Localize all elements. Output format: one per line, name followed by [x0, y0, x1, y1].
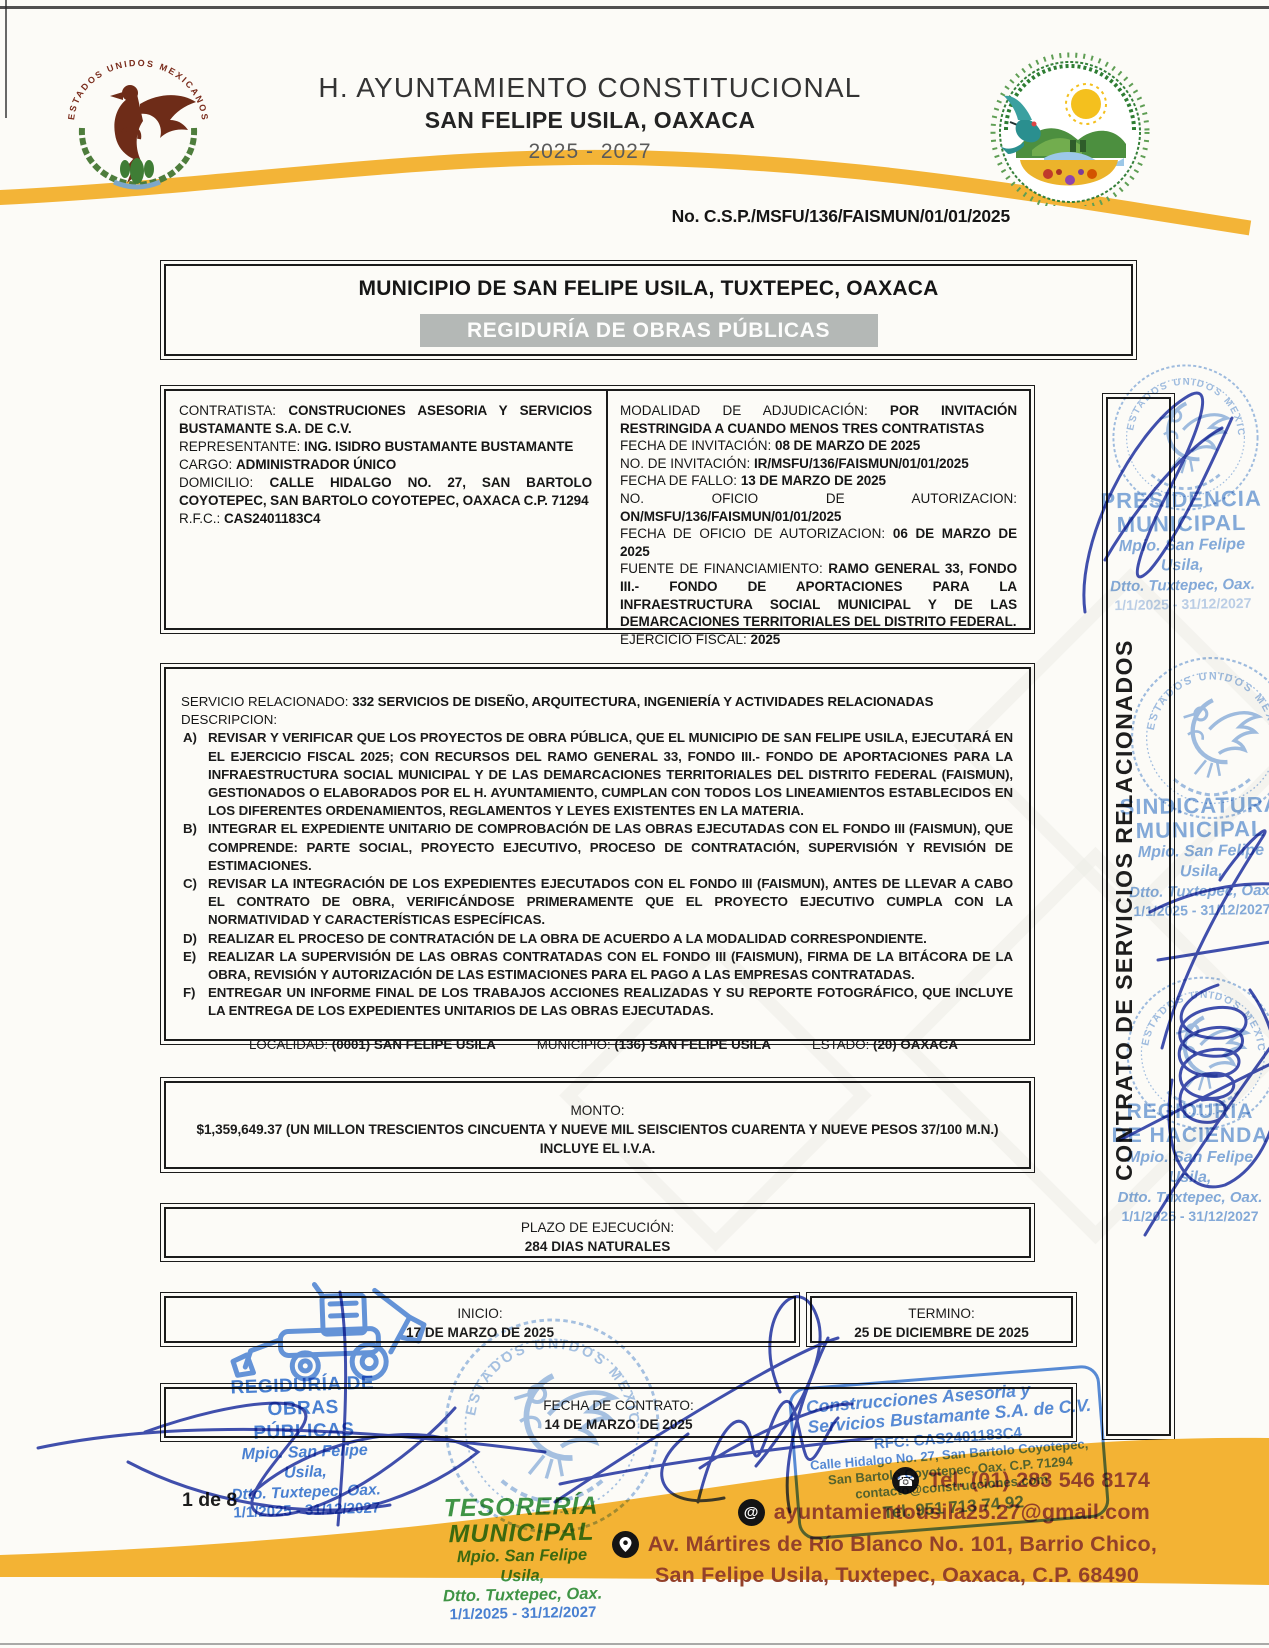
scanned-contract-page: ESTADOS UNIDOS MEXICANOS ESTADOS UNIDOS … [0, 0, 1269, 1648]
ink-signatures [0, 0, 1269, 1648]
